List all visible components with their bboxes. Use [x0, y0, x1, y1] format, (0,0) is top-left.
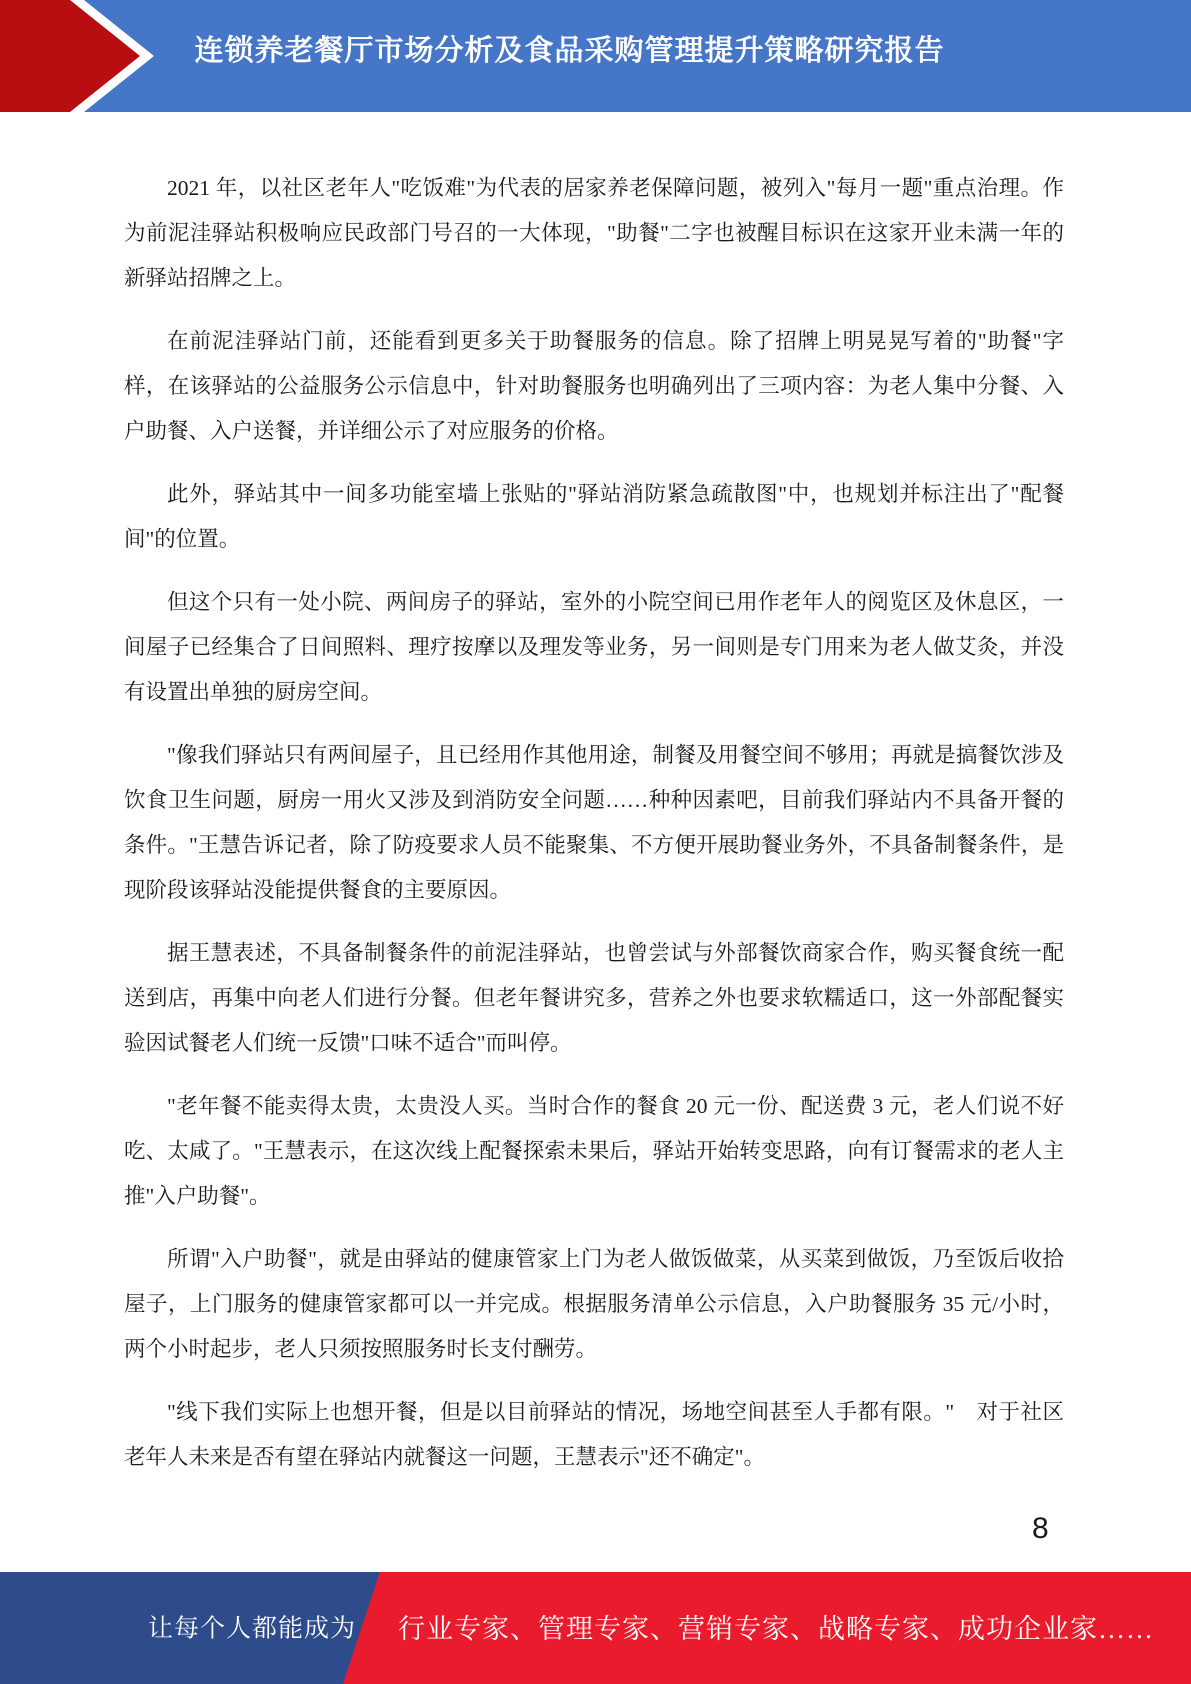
- paragraph: 此外，驿站其中一间多功能室墙上张贴的"驿站消防紧急疏散图"中，也规划并标注出了"…: [124, 472, 1064, 562]
- footer-slogan-right: 行业专家、管理专家、营销专家、战略专家、成功企业家……: [398, 1607, 1154, 1646]
- article-body: 2021 年，以社区老年人"吃饭难"为代表的居家养老保障问题，被列入"每月一题"…: [124, 112, 1064, 1498]
- paragraph: 据王慧表述，不具备制餐条件的前泥洼驿站，也曾尝试与外部餐饮商家合作，购买餐食统一…: [124, 931, 1064, 1066]
- page-title: 连锁养老餐厅市场分析及食品采购管理提升策略研究报告: [194, 28, 944, 69]
- paragraph: "老年餐不能卖得太贵，太贵没人买。当时合作的餐食 20 元一份、配送费 3 元，…: [124, 1084, 1064, 1219]
- paragraph: 2021 年，以社区老年人"吃饭难"为代表的居家养老保障问题，被列入"每月一题"…: [124, 166, 1064, 301]
- header-banner: 连锁养老餐厅市场分析及食品采购管理提升策略研究报告: [0, 0, 1191, 112]
- header-arrow-icon: [0, 0, 160, 112]
- paragraph: 所谓"入户助餐"，就是由驿站的健康管家上门为老人做饭做菜，从买菜到做饭，乃至饭后…: [124, 1237, 1064, 1372]
- paragraph: 在前泥洼驿站门前，还能看到更多关于助餐服务的信息。除了招牌上明晃晃写着的"助餐"…: [124, 319, 1064, 454]
- footer-banner: 让每个人都能成为 行业专家、管理专家、营销专家、战略专家、成功企业家……: [0, 1572, 1191, 1684]
- report-page: 连锁养老餐厅市场分析及食品采购管理提升策略研究报告 2021 年，以社区老年人"…: [0, 0, 1191, 1684]
- paragraph: "像我们驿站只有两间屋子，且已经用作其他用途，制餐及用餐空间不够用；再就是搞餐饮…: [124, 733, 1064, 913]
- paragraph: 但这个只有一处小院、两间房子的驿站，室外的小院空间已用作老年人的阅览区及休息区，…: [124, 580, 1064, 715]
- paragraph: "线下我们实际上也想开餐，但是以目前驿站的情况，场地空间甚至人手都有限。" 对于…: [124, 1390, 1064, 1480]
- page-number: 8: [1032, 1512, 1049, 1546]
- footer-slogan-left: 让每个人都能成为: [148, 1609, 356, 1645]
